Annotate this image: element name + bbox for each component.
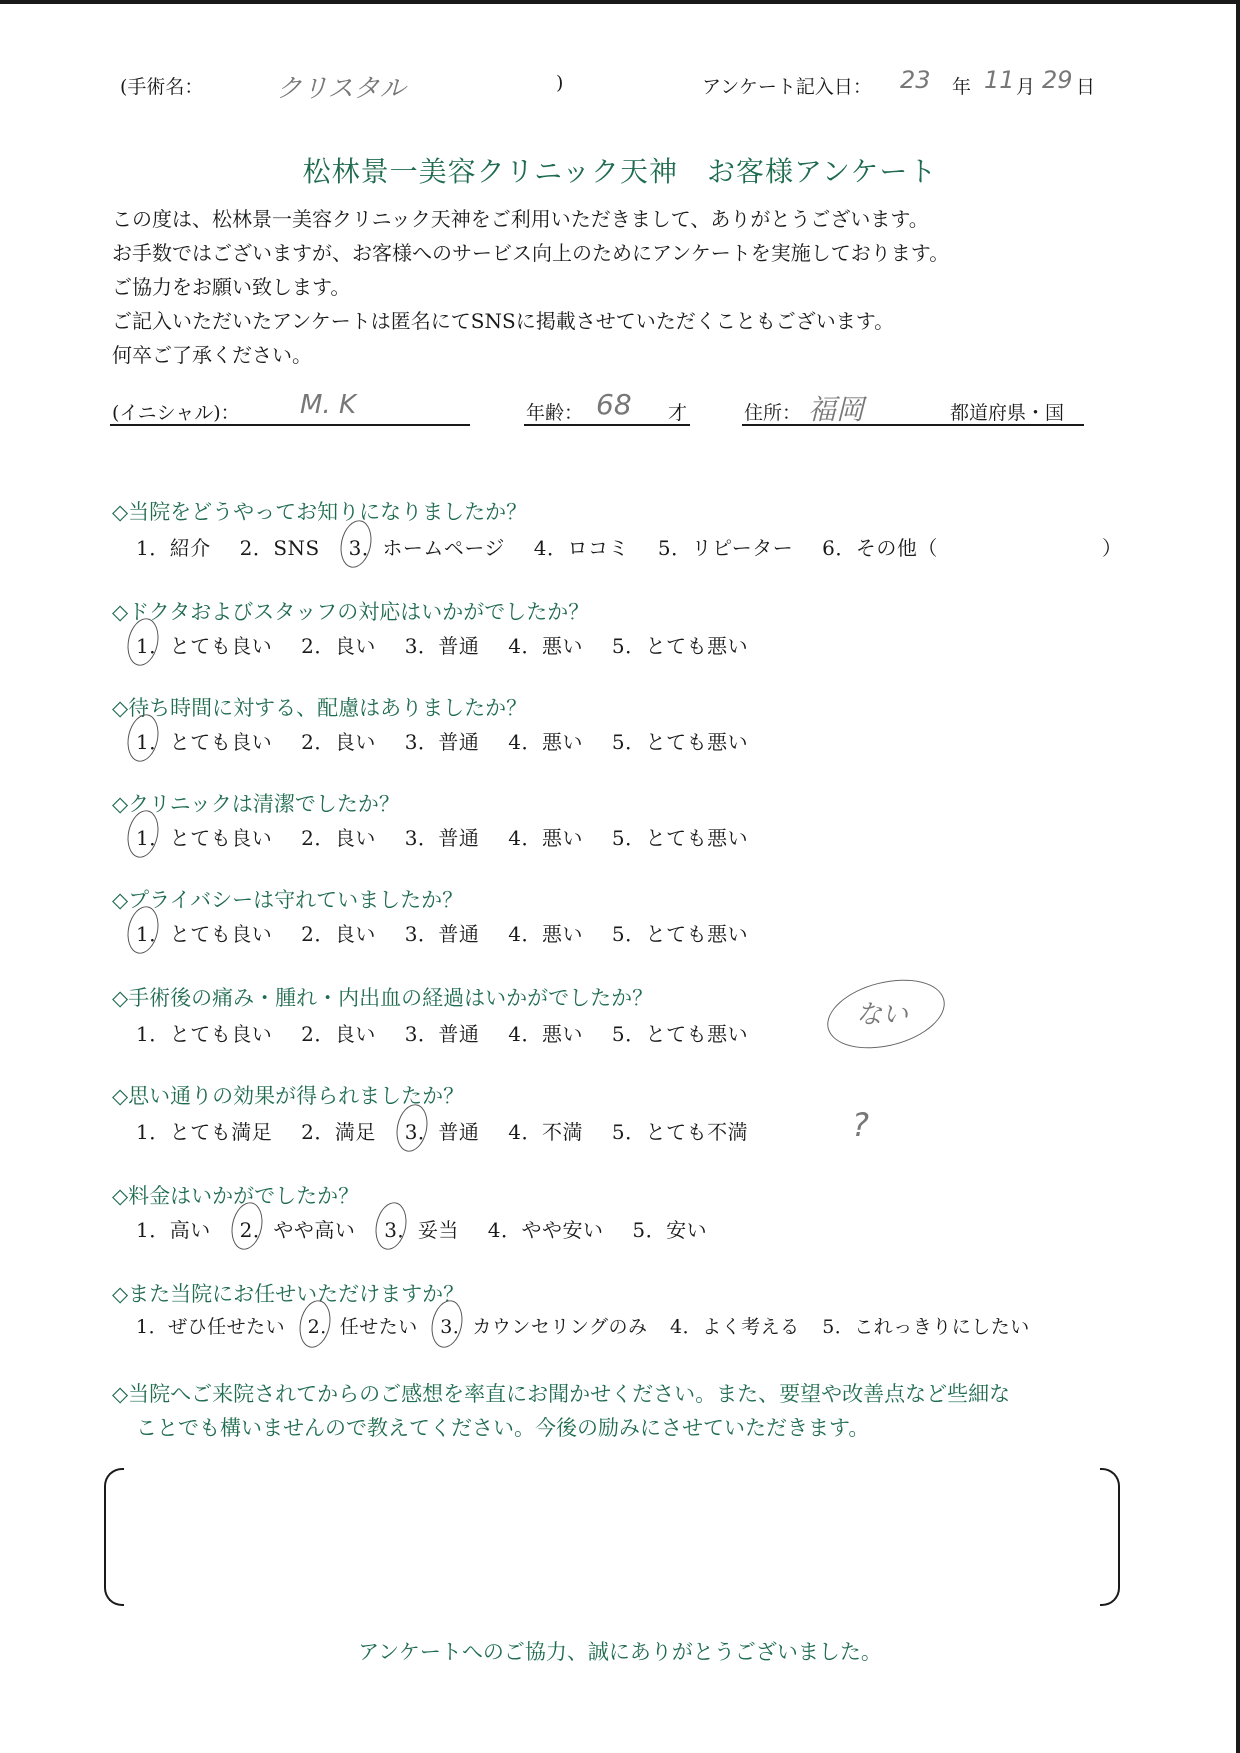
footer-thanks: アンケートへのご協力、誠にありがとうございました。 (0, 1636, 1240, 1666)
option-5[interactable]: 5．とても悪い (612, 630, 748, 659)
option-5[interactable]: 5．とても悪い (612, 726, 748, 755)
option-4[interactable]: 4．ロコミ (534, 532, 629, 561)
option-2-selected[interactable]: 2．やや高い (240, 1214, 356, 1243)
option-3-selected[interactable]: 3．普通 (405, 1116, 480, 1145)
option-2[interactable]: 2．良い (301, 726, 376, 755)
feedback-prompt-line2: ことでも構いませんので教えてください。今後の励みにさせていただきます。 (136, 1412, 869, 1442)
address-label: 住所： (744, 398, 801, 425)
option-3[interactable]: 3．普通 (405, 918, 480, 947)
option-4[interactable]: 4．不満 (508, 1116, 583, 1145)
date-year[interactable]: 23 (900, 66, 931, 94)
option-4[interactable]: 4．悪い (508, 918, 583, 947)
surgery-close-paren: ) (556, 72, 563, 94)
option-1-selected[interactable]: 1．とても良い (136, 918, 272, 947)
option-3[interactable]: 3．普通 (405, 1018, 480, 1047)
option-2[interactable]: 2．良い (301, 918, 376, 947)
date-month[interactable]: 11 (984, 66, 1015, 94)
page-title: 松林景一美容クリニック天神 お客様アンケート (0, 150, 1240, 190)
date-label: アンケート記入日： (702, 72, 872, 99)
option-4[interactable]: 4．悪い (508, 726, 583, 755)
intro-line: 何卒ご了承ください。 (112, 338, 949, 372)
option-5[interactable]: 5．とても不満 (612, 1116, 748, 1145)
address-suffix: 都道府県・国 (950, 398, 1064, 425)
surgery-label: (手術名： (120, 72, 203, 99)
option-5[interactable]: 5．とても悪い (612, 1018, 748, 1047)
question-cleanliness: ◇クリニックは清潔でしたか？ (112, 788, 400, 818)
option-2[interactable]: 2．SNS (240, 532, 320, 561)
question-privacy: ◇プライバシーは守れていましたか？ (112, 884, 463, 914)
options-privacy: 1．とても良い 2．良い 3．普通 4．悪い 5．とても悪い (136, 918, 770, 947)
option-1[interactable]: 1．とても良い (136, 1018, 272, 1047)
age-value[interactable]: 68 (596, 388, 632, 421)
intro-line: この度は、松林景一美容クリニック天神をご利用いただきまして、ありがとうございます… (112, 202, 949, 236)
option-1-selected[interactable]: 1．とても良い (136, 822, 272, 851)
option-5[interactable]: 5．安い (632, 1214, 707, 1243)
intro-line: ご記入いただいたアンケートは匿名にてSNSに掲載させていただくこともございます。 (112, 304, 949, 338)
initial-label: (イニシャル)： (112, 398, 240, 425)
question-staff: ◇ドクタおよびスタッフの対応はいかがでしたか？ (112, 596, 589, 626)
option-4[interactable]: 4．よく考える (670, 1312, 800, 1339)
question-waiting: ◇待ち時間に対する、配慮はありましたか？ (112, 692, 527, 722)
feedback-prompt-line1: ◇当院へご来院されてからのご感想を率直にお聞かせください。また、要望や改善点など… (112, 1378, 1010, 1408)
bracket-right (1100, 1468, 1120, 1606)
age-unit: 才 (668, 398, 687, 425)
address-value[interactable]: 福岡 (808, 388, 864, 428)
option-1[interactable]: 1．高い (136, 1214, 211, 1243)
intro-text: この度は、松林景一美容クリニック天神をご利用いただきまして、ありがとうございます… (112, 202, 949, 372)
age-label: 年齢： (526, 398, 583, 425)
option-2[interactable]: 2．良い (301, 630, 376, 659)
option-5[interactable]: 5．とても悪い (612, 822, 748, 851)
options-results: 1．とても満足 2．満足 3．普通 4．不満 5．とても不満 (136, 1116, 770, 1145)
option-1[interactable]: 1．ぜひ任せたい (136, 1312, 285, 1339)
option-5[interactable]: 5．リピーター (658, 532, 793, 561)
option-4[interactable]: 4．やや安い (488, 1214, 604, 1243)
age-underline (524, 424, 690, 426)
handwritten-note-recovery: ない (856, 994, 908, 1031)
options-staff: 1．とても良い 2．良い 3．普通 4．悪い 5．とても悪い (136, 630, 770, 659)
scan-border-right (1236, 0, 1240, 1753)
option-6-other[interactable]: 6．その他（ ） (822, 532, 1122, 561)
scan-border-top (0, 0, 1236, 4)
option-2[interactable]: 2．満足 (301, 1116, 376, 1145)
option-3-selected[interactable]: 3．妥当 (384, 1214, 459, 1243)
surgery-value[interactable]: クリスタル (276, 68, 405, 105)
option-4[interactable]: 4．悪い (508, 630, 583, 659)
option-4[interactable]: 4．悪い (508, 822, 583, 851)
question-price: ◇料金はいかがでしたか？ (112, 1180, 359, 1210)
option-5[interactable]: 5．とても悪い (612, 918, 748, 947)
option-3[interactable]: 3．普通 (405, 630, 480, 659)
options-price: 1．高い 2．やや高い 3．妥当 4．やや安い 5．安い (136, 1214, 729, 1243)
option-1[interactable]: 1．紹介 (136, 532, 211, 561)
option-2-selected[interactable]: 2．任せたい (308, 1312, 418, 1339)
options-recovery: 1．とても良い 2．良い 3．普通 4．悪い 5．とても悪い (136, 1018, 770, 1047)
options-cleanliness: 1．とても良い 2．良い 3．普通 4．悪い 5．とても悪い (136, 822, 770, 851)
option-3-selected[interactable]: 3．カウンセリングのみ (440, 1312, 647, 1339)
initial-underline (110, 424, 470, 426)
option-5[interactable]: 5．これっきりにしたい (822, 1312, 1030, 1339)
option-2[interactable]: 2．良い (301, 822, 376, 851)
intro-line: お手数ではございますが、お客様へのサービス向上のためにアンケートを実施しておりま… (112, 236, 949, 270)
initial-value[interactable]: M. K (300, 390, 356, 420)
option-1-selected[interactable]: 1．とても良い (136, 726, 272, 755)
option-1[interactable]: 1．とても満足 (136, 1116, 272, 1145)
options-source: 1．紹介 2．SNS 3．ホームページ 4．ロコミ 5．リピーター 6．その他（… (136, 532, 1144, 561)
options-waiting: 1．とても良い 2．良い 3．普通 4．悪い 5．とても悪い (136, 726, 770, 755)
question-recovery: ◇手術後の痛み・腫れ・内出血の経過はいかがでしたか？ (112, 982, 653, 1012)
intro-line: ご協力をお願い致します。 (112, 270, 949, 304)
option-1-selected[interactable]: 1．とても良い (136, 630, 272, 659)
option-3[interactable]: 3．普通 (405, 822, 480, 851)
option-4[interactable]: 4．悪い (508, 1018, 583, 1047)
address-underline (742, 424, 1084, 426)
question-return: ◇また当院にお任せいただけますか？ (112, 1278, 464, 1308)
option-2[interactable]: 2．良い (301, 1018, 376, 1047)
date-day[interactable]: 29 (1042, 66, 1073, 94)
date-month-unit: 月 (1016, 72, 1035, 99)
bracket-left (104, 1468, 124, 1606)
option-3[interactable]: 3．普通 (405, 726, 480, 755)
options-return: 1．ぜひ任せたい 2．任せたい 3．カウンセリングのみ 4．よく考える 5．これ… (136, 1312, 1030, 1339)
option-3-selected[interactable]: 3．ホームページ (349, 532, 505, 561)
date-day-unit: 日 (1076, 72, 1095, 99)
feedback-textarea[interactable] (104, 1468, 1120, 1602)
question-source: ◇当院をどうやってお知りになりましたか？ (112, 496, 527, 526)
date-year-unit: 年 (952, 72, 971, 99)
handwritten-note-results: ? (852, 1106, 869, 1144)
